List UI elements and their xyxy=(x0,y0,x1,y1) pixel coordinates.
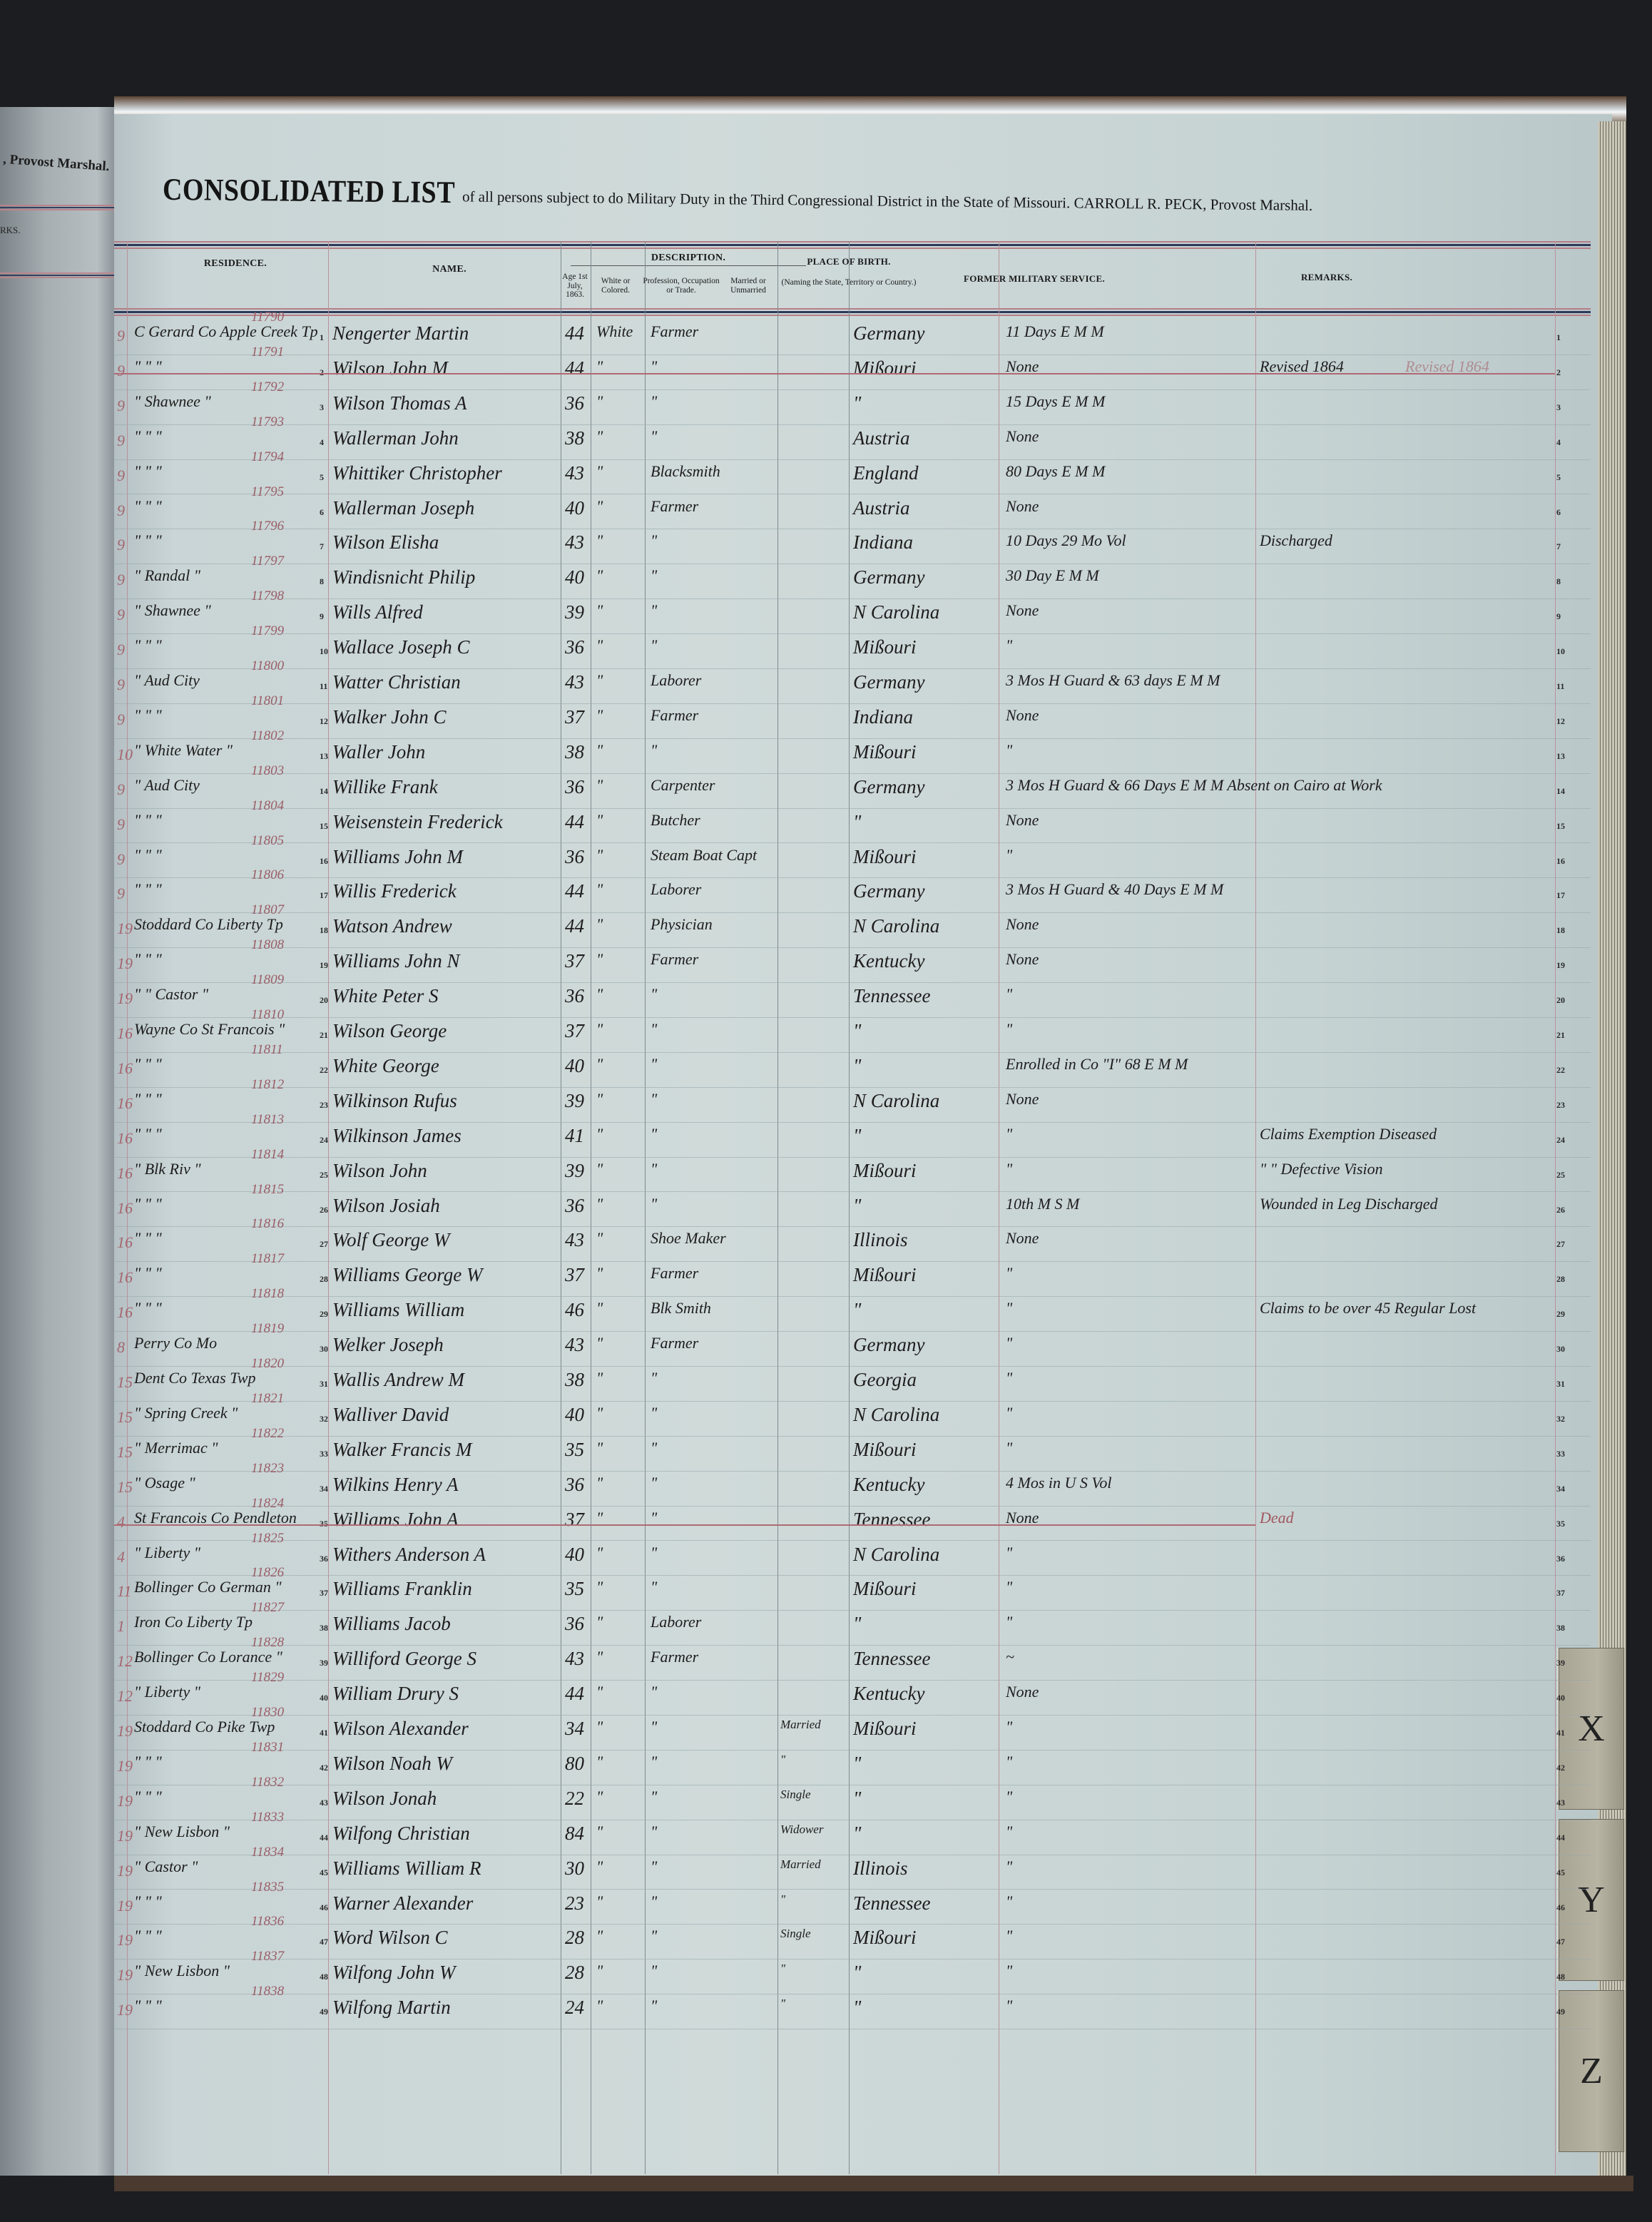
color-cell: " xyxy=(596,1718,603,1736)
birthplace-cell: Tennessee xyxy=(853,1509,931,1531)
profession-cell: " xyxy=(651,531,657,550)
profession-cell: Blk Smith xyxy=(651,1299,711,1318)
district-number: 16 xyxy=(117,1303,133,1322)
birthplace-cell: Indiana xyxy=(853,706,913,728)
age-cell: 36 xyxy=(565,846,584,868)
age-cell: 44 xyxy=(565,915,584,937)
residence-cell: " " " xyxy=(134,1195,162,1213)
birthplace-cell: Indiana xyxy=(853,531,913,554)
register-row: 19 " " Castor " 11809 20 White Peter S 3… xyxy=(114,982,1591,1018)
married-cell: Married xyxy=(780,1857,821,1872)
district-number: 15 xyxy=(117,1443,133,1462)
enrollment-number: 11821 xyxy=(251,1391,284,1407)
name-cell: Wilson John xyxy=(332,1160,427,1182)
residence-cell: " " " xyxy=(134,811,162,830)
consolidated-list-sheet: CONSOLIDATED LIST of all persons subject… xyxy=(114,114,1598,2183)
register-row: 9 " " " 11796 7 Wilson Elisha 43 " " Ind… xyxy=(114,529,1591,564)
birthplace-cell: N Carolina xyxy=(853,1404,939,1426)
residence-cell: " " " xyxy=(134,1927,162,1945)
age-cell: 36 xyxy=(565,392,584,414)
residence-cell: " " " xyxy=(134,462,162,481)
name-cell: Weisenstein Frederick xyxy=(332,811,503,833)
district-number: 19 xyxy=(117,1897,133,1915)
military-service-cell: " xyxy=(1006,1997,1012,2015)
district-number: 16 xyxy=(117,1233,133,1252)
line-number: 45 xyxy=(320,1867,328,1878)
register-row: 9 " " " 11806 17 Willis Frederick 44 " L… xyxy=(114,877,1591,913)
line-number-right: 34 xyxy=(1556,1484,1565,1494)
register-row: 19 " " " 11832 43 Wilson Jonah 22 " " Si… xyxy=(114,1785,1591,1820)
birthplace-cell: " xyxy=(853,1195,861,1217)
profession-cell: Shoe Maker xyxy=(651,1229,726,1248)
enrollment-number: 11823 xyxy=(251,1461,284,1477)
enrollment-number: 11810 xyxy=(251,1007,284,1023)
line-number: 44 xyxy=(320,1833,328,1843)
military-service-cell: " xyxy=(1006,636,1012,655)
register-row: 9 " Shawnee " 11792 3 Wilson Thomas A 36… xyxy=(114,389,1591,425)
name-cell: White George xyxy=(332,1055,439,1077)
enrollment-number: 11819 xyxy=(251,1321,284,1337)
age-cell: 23 xyxy=(565,1892,584,1915)
enrollment-number: 11797 xyxy=(251,554,284,569)
register-row: 16 " " " 11818 29 Williams William 46 " … xyxy=(114,1296,1591,1332)
birthplace-cell: N Carolina xyxy=(853,915,939,937)
line-number: 5 xyxy=(320,472,324,483)
line-number-right: 31 xyxy=(1556,1379,1565,1390)
line-number-right: 43 xyxy=(1556,1798,1565,1808)
profession-cell: " xyxy=(651,1892,657,1911)
profession-cell: " xyxy=(651,1683,657,1701)
district-number: 16 xyxy=(117,1024,133,1043)
enrollment-number: 11799 xyxy=(251,623,284,639)
name-cell: Wilkins Henry A xyxy=(332,1474,458,1496)
military-service-cell: " xyxy=(1006,1788,1012,1806)
line-number-right: 2 xyxy=(1556,367,1561,378)
birthplace-cell: Germany xyxy=(853,1334,924,1356)
district-number: 15 xyxy=(117,1478,133,1497)
line-number: 7 xyxy=(320,541,324,552)
district-number: 9 xyxy=(117,780,125,799)
military-service-cell: None xyxy=(1006,601,1039,620)
birthplace-cell: " xyxy=(853,392,861,414)
line-number: 49 xyxy=(320,2007,328,2017)
birthplace-cell: Georgia xyxy=(853,1369,917,1391)
birthplace-cell: Mißouri xyxy=(853,1264,917,1286)
name-cell: Warner Alexander xyxy=(332,1892,473,1915)
name-cell: Whittiker Christopher xyxy=(332,462,502,484)
age-cell: 22 xyxy=(565,1788,584,1810)
register-row: 4 St Francois Co Pendleton 11824 35 Will… xyxy=(114,1506,1591,1541)
district-number: 9 xyxy=(117,362,125,380)
line-number-right: 20 xyxy=(1556,995,1565,1006)
profession-cell: Farmer xyxy=(651,1334,698,1352)
age-cell: 40 xyxy=(565,1055,584,1077)
profession-cell: " xyxy=(651,1474,657,1492)
district-number: 12 xyxy=(117,1687,133,1706)
register-row: 9 " " " 11801 12 Walker John C 37 " Farm… xyxy=(114,703,1591,739)
line-number-right: 44 xyxy=(1556,1833,1565,1843)
district-number: 9 xyxy=(117,536,125,554)
line-number-right: 32 xyxy=(1556,1414,1565,1425)
residence-cell: " Liberty " xyxy=(134,1683,200,1701)
age-cell: 37 xyxy=(565,1264,584,1286)
line-number: 17 xyxy=(320,890,328,901)
line-number: 39 xyxy=(320,1658,328,1668)
district-number: 15 xyxy=(117,1408,133,1427)
age-cell: 39 xyxy=(565,1090,584,1112)
profession-cell: Laborer xyxy=(651,1613,701,1631)
enrollment-number: 11817 xyxy=(251,1251,284,1267)
line-number-right: 46 xyxy=(1556,1902,1565,1913)
register-row: 9 " " " 11795 6 Wallerman Joseph 40 " Fa… xyxy=(114,494,1591,530)
profession-cell: Laborer xyxy=(651,671,701,690)
color-cell: " xyxy=(596,1299,603,1318)
age-cell: 28 xyxy=(565,1927,584,1949)
name-cell: Watson Andrew xyxy=(332,915,452,937)
age-cell: 41 xyxy=(565,1125,584,1147)
header-rule xyxy=(0,275,114,276)
birthplace-cell: Germany xyxy=(853,566,924,588)
profession-cell: Farmer xyxy=(651,950,698,969)
birthplace-cell: Kentucky xyxy=(853,1474,924,1496)
birthplace-cell: Mißouri xyxy=(853,846,917,868)
register-row: 19 Stoddard Co Pike Twp 11830 41 Wilson … xyxy=(114,1715,1591,1750)
line-number-right: 15 xyxy=(1556,821,1565,832)
color-cell: " xyxy=(596,950,603,969)
line-number: 34 xyxy=(320,1484,328,1494)
name-cell: Wilson Jonah xyxy=(332,1788,437,1810)
military-service-cell: " xyxy=(1006,1823,1012,1841)
register-row: 16 " " " 11813 24 Wilkinson James 41 " "… xyxy=(114,1122,1591,1158)
register-row: 9 " " " 11805 16 Williams John M 36 " St… xyxy=(114,843,1591,879)
enrollment-number: 11834 xyxy=(251,1845,284,1860)
enrollment-number: 11802 xyxy=(251,728,284,744)
register-row: 9 C Gerard Co Apple Creek Tp 11790 1 Nen… xyxy=(114,320,1591,355)
district-number: 19 xyxy=(117,919,133,938)
birthplace-cell: Mißouri xyxy=(853,1718,917,1740)
district-number: 19 xyxy=(117,1966,133,1984)
enrollment-number: 11794 xyxy=(251,449,284,465)
profession-cell: " xyxy=(651,741,657,760)
district-number: 19 xyxy=(117,1792,133,1810)
color-cell: " xyxy=(596,1404,603,1422)
enrollment-number: 11798 xyxy=(251,588,284,604)
residence-cell: " Aud City xyxy=(134,776,200,795)
name-cell: Wallis Andrew M xyxy=(332,1369,464,1391)
profession-cell: " xyxy=(651,1927,657,1945)
residence-cell: Perry Co Mo xyxy=(134,1334,217,1352)
line-number-right: 13 xyxy=(1556,751,1565,762)
district-number: 9 xyxy=(117,641,125,659)
enrollment-number: 11793 xyxy=(251,414,284,430)
line-number: 25 xyxy=(320,1170,328,1181)
district-number: 19 xyxy=(117,1827,133,1845)
residence-cell: " " " xyxy=(134,846,162,865)
birthplace-cell: " xyxy=(853,1299,861,1321)
enrollment-number: 11806 xyxy=(251,867,284,883)
residence-cell: " White Water " xyxy=(134,741,233,760)
birthplace-cell: Germany xyxy=(853,776,924,798)
enrollment-number: 11796 xyxy=(251,519,284,534)
military-service-cell: " xyxy=(1006,1613,1012,1631)
district-number: 9 xyxy=(117,397,125,415)
line-number-right: 23 xyxy=(1556,1100,1565,1111)
strike-through-line xyxy=(114,1524,1255,1526)
line-number: 10 xyxy=(320,646,328,657)
military-service-cell: None xyxy=(1006,1229,1039,1248)
column-header-married: Married or Unmarried xyxy=(722,277,775,295)
age-cell: 38 xyxy=(565,741,584,763)
birthplace-cell: Tennessee xyxy=(853,1892,931,1915)
birthplace-cell: " xyxy=(853,1753,861,1775)
enrollment-number: 11803 xyxy=(251,763,284,779)
register-row: 10 " White Water " 11802 13 Waller John … xyxy=(114,738,1591,774)
line-number-right: 37 xyxy=(1556,1588,1565,1599)
military-service-cell: " xyxy=(1006,985,1012,1004)
military-service-cell: 3 Mos H Guard & 66 Days E M M Absent on … xyxy=(1006,776,1382,795)
enrollment-number: 11832 xyxy=(251,1775,284,1790)
line-number-right: 42 xyxy=(1556,1763,1565,1773)
birthplace-cell: N Carolina xyxy=(853,601,939,623)
age-cell: 40 xyxy=(565,497,584,519)
line-number: 6 xyxy=(320,507,324,518)
color-cell: " xyxy=(596,427,603,446)
enrollment-number: 11815 xyxy=(251,1182,284,1198)
residence-cell: " Blk Riv " xyxy=(134,1160,201,1178)
district-number: 19 xyxy=(117,989,133,1008)
profession-cell: " xyxy=(651,1578,657,1596)
line-number-right: 30 xyxy=(1556,1344,1565,1355)
residence-cell: " Shawnee " xyxy=(134,392,211,411)
residence-cell: " Shawnee " xyxy=(134,601,211,620)
line-number: 42 xyxy=(320,1763,328,1773)
age-cell: 84 xyxy=(565,1823,584,1845)
profession-cell: " xyxy=(651,1857,657,1876)
military-service-cell: Enrolled in Co "I" 68 E M M xyxy=(1006,1055,1188,1074)
profession-cell: Steam Boat Capt xyxy=(651,846,757,865)
profession-cell: Carpenter xyxy=(651,776,715,795)
residence-cell: " Aud City xyxy=(134,671,200,690)
facing-page-remarks-fragment: RKS. xyxy=(0,225,21,236)
military-service-cell: 3 Mos H Guard & 40 Days E M M xyxy=(1006,880,1223,899)
district-number: 16 xyxy=(117,1268,133,1287)
district-number: 9 xyxy=(117,850,125,869)
line-number-right: 47 xyxy=(1556,1937,1565,1947)
register-row: 15 " Osage " 11823 34 Wilkins Henry A 36… xyxy=(114,1471,1591,1507)
register-row: 16 Wayne Co St Francois " 11810 21 Wilso… xyxy=(114,1017,1591,1053)
color-cell: " xyxy=(596,1927,603,1945)
line-number-right: 25 xyxy=(1556,1170,1565,1181)
register-row: 9 " Aud City 11803 14 Willike Frank 36 "… xyxy=(114,773,1591,809)
enrollment-number: 11824 xyxy=(251,1496,284,1512)
name-cell: Wilfong Martin xyxy=(332,1997,451,2019)
birthplace-cell: Mißouri xyxy=(853,1439,917,1461)
color-cell: " xyxy=(596,915,603,934)
profession-cell: " xyxy=(651,1753,657,1771)
line-number-right: 41 xyxy=(1556,1728,1565,1738)
profession-cell: " xyxy=(651,1544,657,1562)
register-row: 19 " " " 11831 42 Wilson Noah W 80 " " "… xyxy=(114,1750,1591,1785)
line-number-right: 35 xyxy=(1556,1519,1565,1529)
district-number: 16 xyxy=(117,1199,133,1218)
register-row: 19 " " " 11836 47 Word Wilson C 28 " " S… xyxy=(114,1924,1591,1959)
age-cell: 36 xyxy=(565,636,584,658)
color-cell: " xyxy=(596,392,603,411)
name-cell: Wilson Noah W xyxy=(332,1753,452,1775)
profession-cell: Physician xyxy=(651,915,713,934)
description-underline xyxy=(571,265,806,266)
facing-page-left: , Provost Marshal. RKS. xyxy=(0,107,116,2176)
color-cell: " xyxy=(596,1613,603,1631)
line-number-right: 21 xyxy=(1556,1030,1565,1041)
name-cell: Williams Jacob xyxy=(332,1613,451,1635)
name-cell: Wallerman John xyxy=(332,427,459,449)
age-cell: 43 xyxy=(565,462,584,484)
military-service-cell: " xyxy=(1006,1020,1012,1039)
line-number: 29 xyxy=(320,1309,328,1320)
line-number-right: 3 xyxy=(1556,402,1561,413)
line-number-right: 18 xyxy=(1556,925,1565,936)
name-cell: Watter Christian xyxy=(332,671,461,693)
residence-cell: " " " xyxy=(134,950,162,969)
line-number: 37 xyxy=(320,1588,328,1599)
line-number-right: 29 xyxy=(1556,1309,1565,1320)
married-cell: Single xyxy=(780,1927,811,1941)
profession-cell: " xyxy=(651,1125,657,1143)
color-cell: " xyxy=(596,1997,603,2015)
residence-cell: Iron Co Liberty Tp xyxy=(134,1613,253,1631)
line-number: 26 xyxy=(320,1205,328,1216)
birthplace-cell: Mißouri xyxy=(853,1927,917,1949)
district-number: 19 xyxy=(117,954,133,973)
enrollment-number: 11836 xyxy=(251,1914,284,1930)
enrollment-number: 11828 xyxy=(251,1635,284,1651)
color-cell: " xyxy=(596,1369,603,1387)
profession-cell: Laborer xyxy=(651,880,701,899)
enrollment-number: 11805 xyxy=(251,833,284,849)
age-cell: 24 xyxy=(565,1997,584,2019)
profession-cell: " xyxy=(651,1090,657,1109)
color-cell: " xyxy=(596,1892,603,1911)
profession-cell: " xyxy=(651,566,657,585)
color-cell: " xyxy=(596,601,603,620)
birthplace-cell: " xyxy=(853,1788,861,1810)
military-service-cell: " xyxy=(1006,1404,1012,1422)
color-cell: " xyxy=(596,1683,603,1701)
color-cell: " xyxy=(596,566,603,585)
district-number: 9 xyxy=(117,501,125,520)
register-row: 16 " " " 11815 26 Wilson Josiah 36 " " "… xyxy=(114,1192,1591,1228)
profession-cell: " xyxy=(651,1369,657,1387)
line-number: 16 xyxy=(320,856,328,867)
color-cell: " xyxy=(596,741,603,760)
name-cell: White Peter S xyxy=(332,985,438,1007)
color-cell: " xyxy=(596,636,603,655)
district-number: 15 xyxy=(117,1373,133,1392)
line-number-right: 17 xyxy=(1556,890,1565,901)
birthplace-cell: N Carolina xyxy=(853,1090,939,1112)
age-cell: 80 xyxy=(565,1753,584,1775)
profession-cell: " xyxy=(651,1404,657,1422)
enrollment-number: 11826 xyxy=(251,1565,284,1581)
enrollment-number: 11812 xyxy=(251,1077,284,1093)
profession-cell: " xyxy=(651,1439,657,1457)
strike-through-line xyxy=(114,373,1555,374)
married-cell: Married xyxy=(780,1718,821,1732)
birthplace-cell: Mißouri xyxy=(853,1160,917,1182)
column-header-military-service: FORMER MILITARY SERVICE. xyxy=(927,274,1141,284)
district-number: 9 xyxy=(117,676,125,694)
line-number-right: 16 xyxy=(1556,856,1565,867)
military-service-cell: 80 Days E M M xyxy=(1006,462,1105,481)
color-cell: " xyxy=(596,1439,603,1457)
birthplace-cell: " xyxy=(853,1613,861,1635)
line-number-right: 11 xyxy=(1556,681,1564,692)
enrollment-number: 11801 xyxy=(251,693,284,709)
line-number-right: 40 xyxy=(1556,1693,1565,1703)
color-cell: " xyxy=(596,1090,603,1109)
profession-cell: " xyxy=(651,1055,657,1074)
age-cell: 44 xyxy=(565,880,584,902)
enrollment-number: 11800 xyxy=(251,658,284,674)
line-number: 23 xyxy=(320,1100,328,1111)
district-number: 9 xyxy=(117,467,125,485)
line-number: 14 xyxy=(320,786,328,797)
birthplace-cell: Kentucky xyxy=(853,1683,924,1705)
line-number: 40 xyxy=(320,1693,328,1703)
column-header-description: DESCRIPTION. xyxy=(571,253,806,263)
military-service-cell: " xyxy=(1006,1369,1012,1387)
age-cell: 43 xyxy=(565,1334,584,1356)
register-row: 9 " " " 11794 5 Whittiker Christopher 43… xyxy=(114,459,1591,495)
residence-cell: " " " xyxy=(134,1264,162,1283)
military-service-cell: " xyxy=(1006,1962,1012,1980)
enrollment-number: 11833 xyxy=(251,1810,284,1825)
military-service-cell: " xyxy=(1006,1160,1012,1178)
name-cell: Williams Franklin xyxy=(332,1578,472,1600)
district-number: 16 xyxy=(117,1129,133,1148)
enrollment-number: 11791 xyxy=(251,345,284,360)
profession-cell: " xyxy=(651,1788,657,1806)
age-cell: 39 xyxy=(565,1160,584,1182)
profession-cell: Blacksmith xyxy=(651,462,720,481)
military-service-cell: " xyxy=(1006,741,1012,760)
birthplace-cell: Illinois xyxy=(853,1857,908,1880)
register-row: 16 " " " 11817 28 Williams George W 37 "… xyxy=(114,1261,1591,1297)
age-cell: 46 xyxy=(565,1299,584,1321)
color-cell: " xyxy=(596,1474,603,1492)
register-row: 15 Dent Co Texas Twp 11820 31 Wallis And… xyxy=(114,1366,1591,1402)
register-row: 9 " " " 11793 4 Wallerman John 38 " " Au… xyxy=(114,424,1591,460)
color-cell: " xyxy=(596,462,603,481)
line-number-right: 19 xyxy=(1556,960,1565,971)
enrollment-number: 11838 xyxy=(251,1984,284,1999)
line-number: 27 xyxy=(320,1239,328,1250)
line-number: 3 xyxy=(320,402,324,413)
age-cell: 43 xyxy=(565,671,584,693)
line-number: 22 xyxy=(320,1065,328,1076)
military-service-cell: 10 Days 29 Mo Vol xyxy=(1006,531,1126,550)
line-number: 32 xyxy=(320,1414,328,1425)
birthplace-cell: Germany xyxy=(853,671,924,693)
residence-cell: " " " xyxy=(134,706,162,725)
line-number-right: 12 xyxy=(1556,716,1565,727)
name-cell: Wilson John M xyxy=(332,357,448,379)
military-service-cell: 30 Day E M M xyxy=(1006,566,1099,585)
residence-cell: " " " xyxy=(134,880,162,899)
column-header-color: White or Colored. xyxy=(591,277,641,295)
age-cell: 34 xyxy=(565,1718,584,1740)
